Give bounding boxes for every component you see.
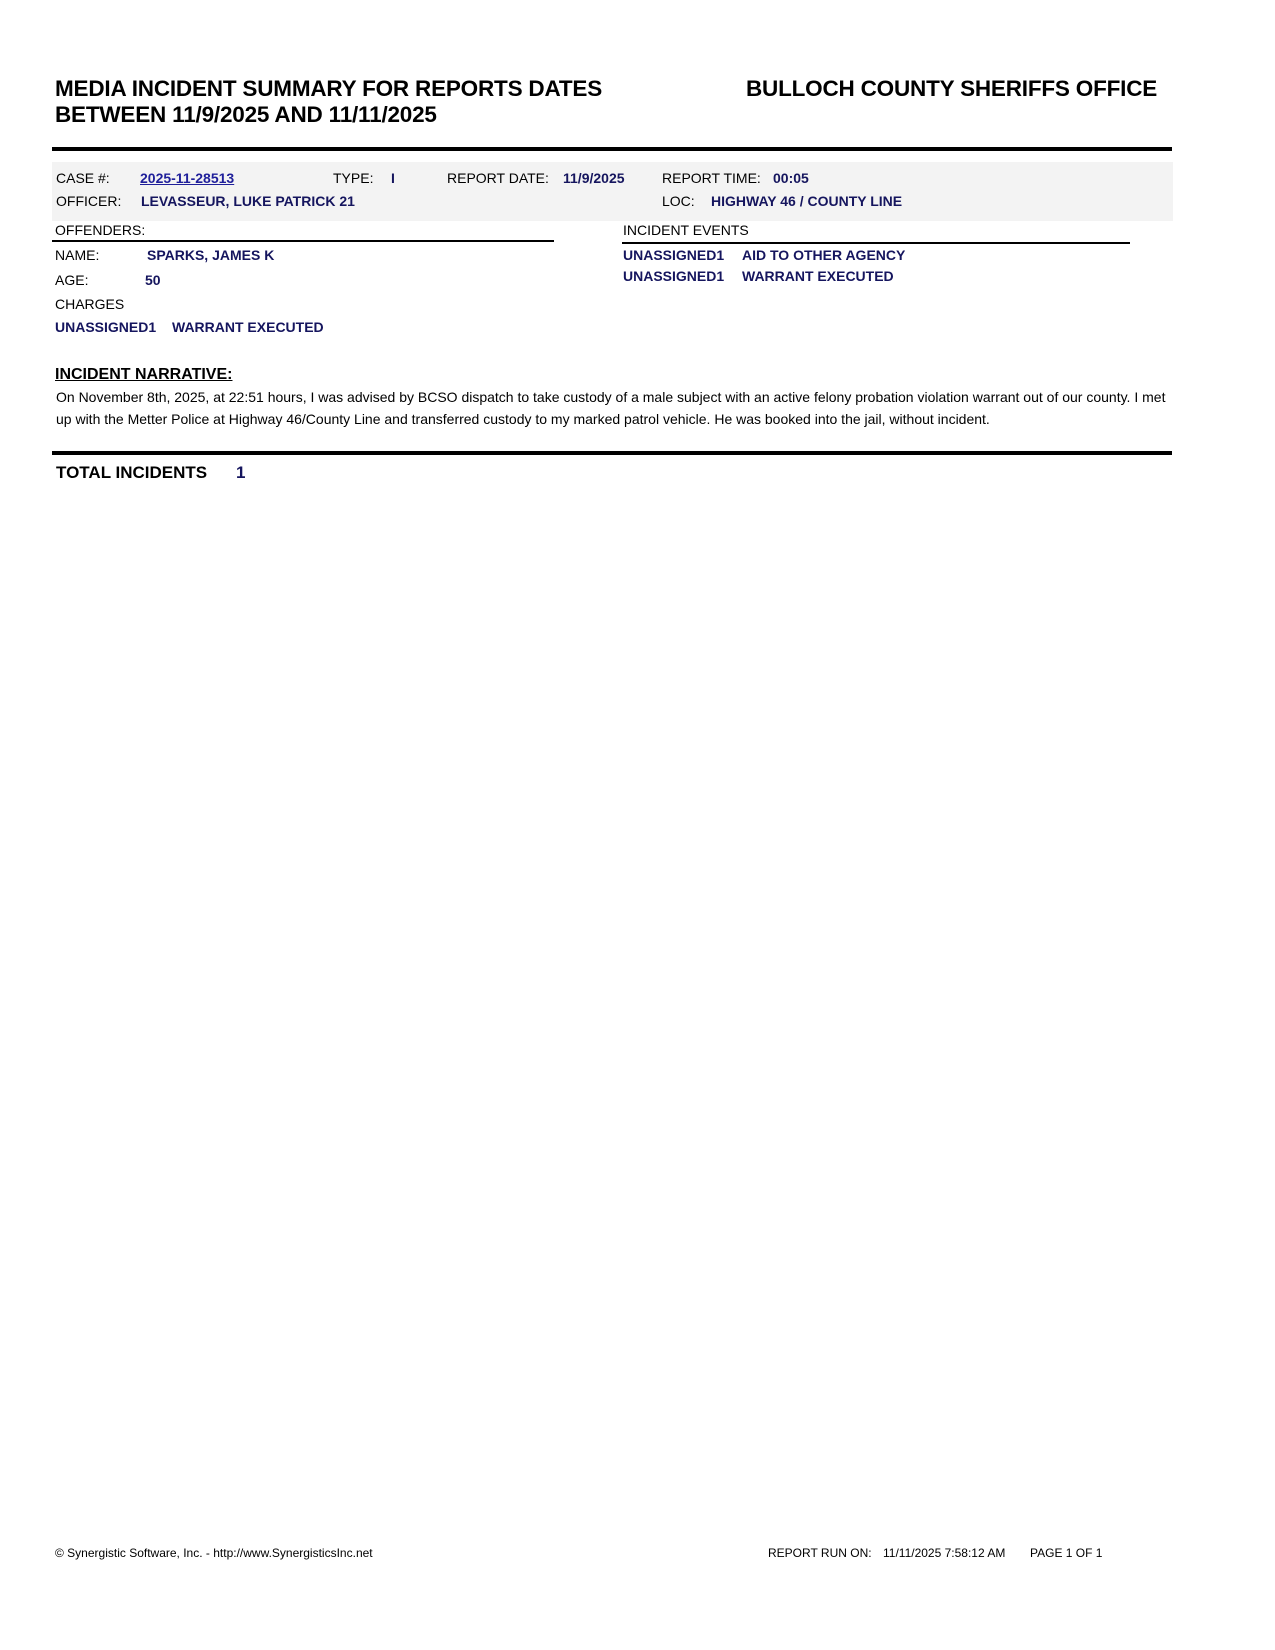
location-label: LOC: xyxy=(662,193,695,209)
type-value: I xyxy=(391,170,395,186)
narrative-divider xyxy=(52,451,1172,455)
offenders-heading: OFFENDERS: xyxy=(55,222,145,238)
footer-copyright: © Synergistic Software, Inc. - http://ww… xyxy=(55,1546,373,1560)
report-title-line2: BETWEEN 11/9/2025 AND 11/11/2025 xyxy=(55,102,437,128)
footer-page-number: PAGE 1 OF 1 xyxy=(1030,1546,1102,1560)
footer-run-on-value: 11/11/2025 7:58:12 AM xyxy=(883,1546,1005,1560)
event-code: UNASSIGNED1 xyxy=(623,268,724,284)
charge-description: WARRANT EXECUTED xyxy=(172,319,324,335)
report-date-value: 11/9/2025 xyxy=(563,170,625,186)
officer-value: LEVASSEUR, LUKE PATRICK 21 xyxy=(141,193,355,209)
report-date-label: REPORT DATE: xyxy=(447,170,549,186)
charges-label: CHARGES xyxy=(55,296,124,312)
case-number-label: CASE #: xyxy=(56,170,110,186)
offender-name-value: SPARKS, JAMES K xyxy=(147,247,274,263)
offender-age-value: 50 xyxy=(145,272,161,288)
narrative-heading: INCIDENT NARRATIVE: xyxy=(55,366,232,384)
report-time-label: REPORT TIME: xyxy=(662,170,761,186)
header-divider xyxy=(52,147,1172,151)
footer-run-on-label: REPORT RUN ON: xyxy=(768,1546,872,1560)
report-title-line1: MEDIA INCIDENT SUMMARY FOR REPORTS DATES xyxy=(55,76,602,102)
offenders-divider xyxy=(52,240,554,242)
location-value: HIGHWAY 46 / COUNTY LINE xyxy=(711,193,902,209)
incident-events-divider xyxy=(622,242,1130,244)
type-label: TYPE: xyxy=(333,170,373,186)
event-description: WARRANT EXECUTED xyxy=(742,268,894,284)
report-time-value: 00:05 xyxy=(773,170,809,186)
incident-events-heading: INCIDENT EVENTS xyxy=(623,222,749,238)
charge-code: UNASSIGNED1 xyxy=(55,319,156,335)
event-code: UNASSIGNED1 xyxy=(623,247,724,263)
narrative-text: On November 8th, 2025, at 22:51 hours, I… xyxy=(56,386,1166,430)
total-incidents-label: TOTAL INCIDENTS xyxy=(56,463,207,483)
agency-name: BULLOCH COUNTY SHERIFFS OFFICE xyxy=(746,76,1157,102)
case-number-link[interactable]: 2025-11-28513 xyxy=(140,170,234,186)
offender-name-label: NAME: xyxy=(55,247,99,263)
event-description: AID TO OTHER AGENCY xyxy=(742,247,905,263)
offender-age-label: AGE: xyxy=(55,272,88,288)
total-incidents-value: 1 xyxy=(236,463,245,483)
officer-label: OFFICER: xyxy=(56,193,121,209)
